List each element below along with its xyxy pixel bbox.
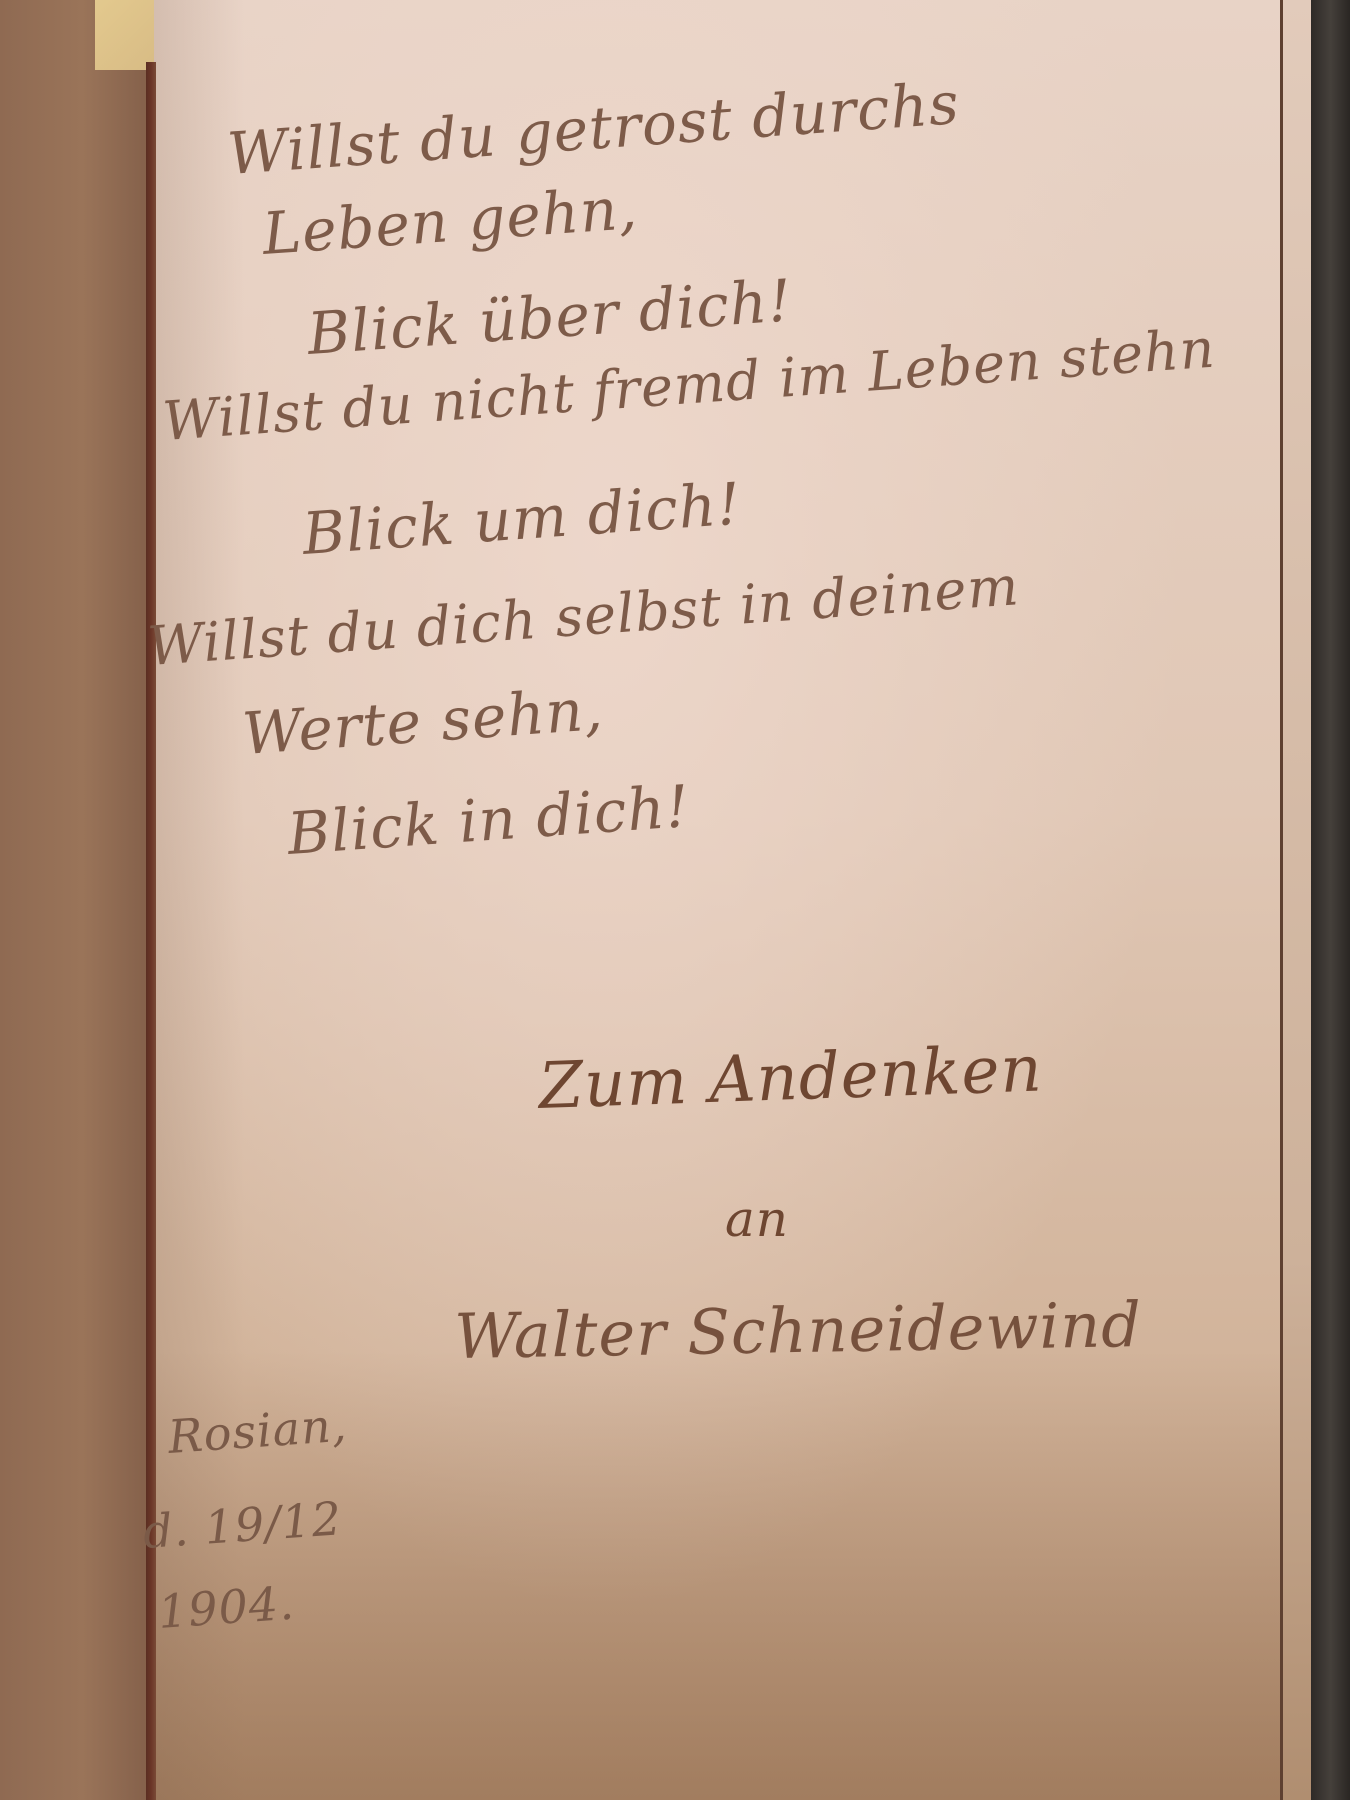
signature-name: Walter Schneidewind — [454, 1288, 1143, 1373]
date-year: 1904. — [156, 1576, 296, 1639]
dedication-an: an — [725, 1190, 789, 1248]
page-stack-edge — [1283, 0, 1311, 1800]
book-cover-right — [1311, 0, 1350, 1800]
book-cover-left — [0, 0, 150, 1800]
